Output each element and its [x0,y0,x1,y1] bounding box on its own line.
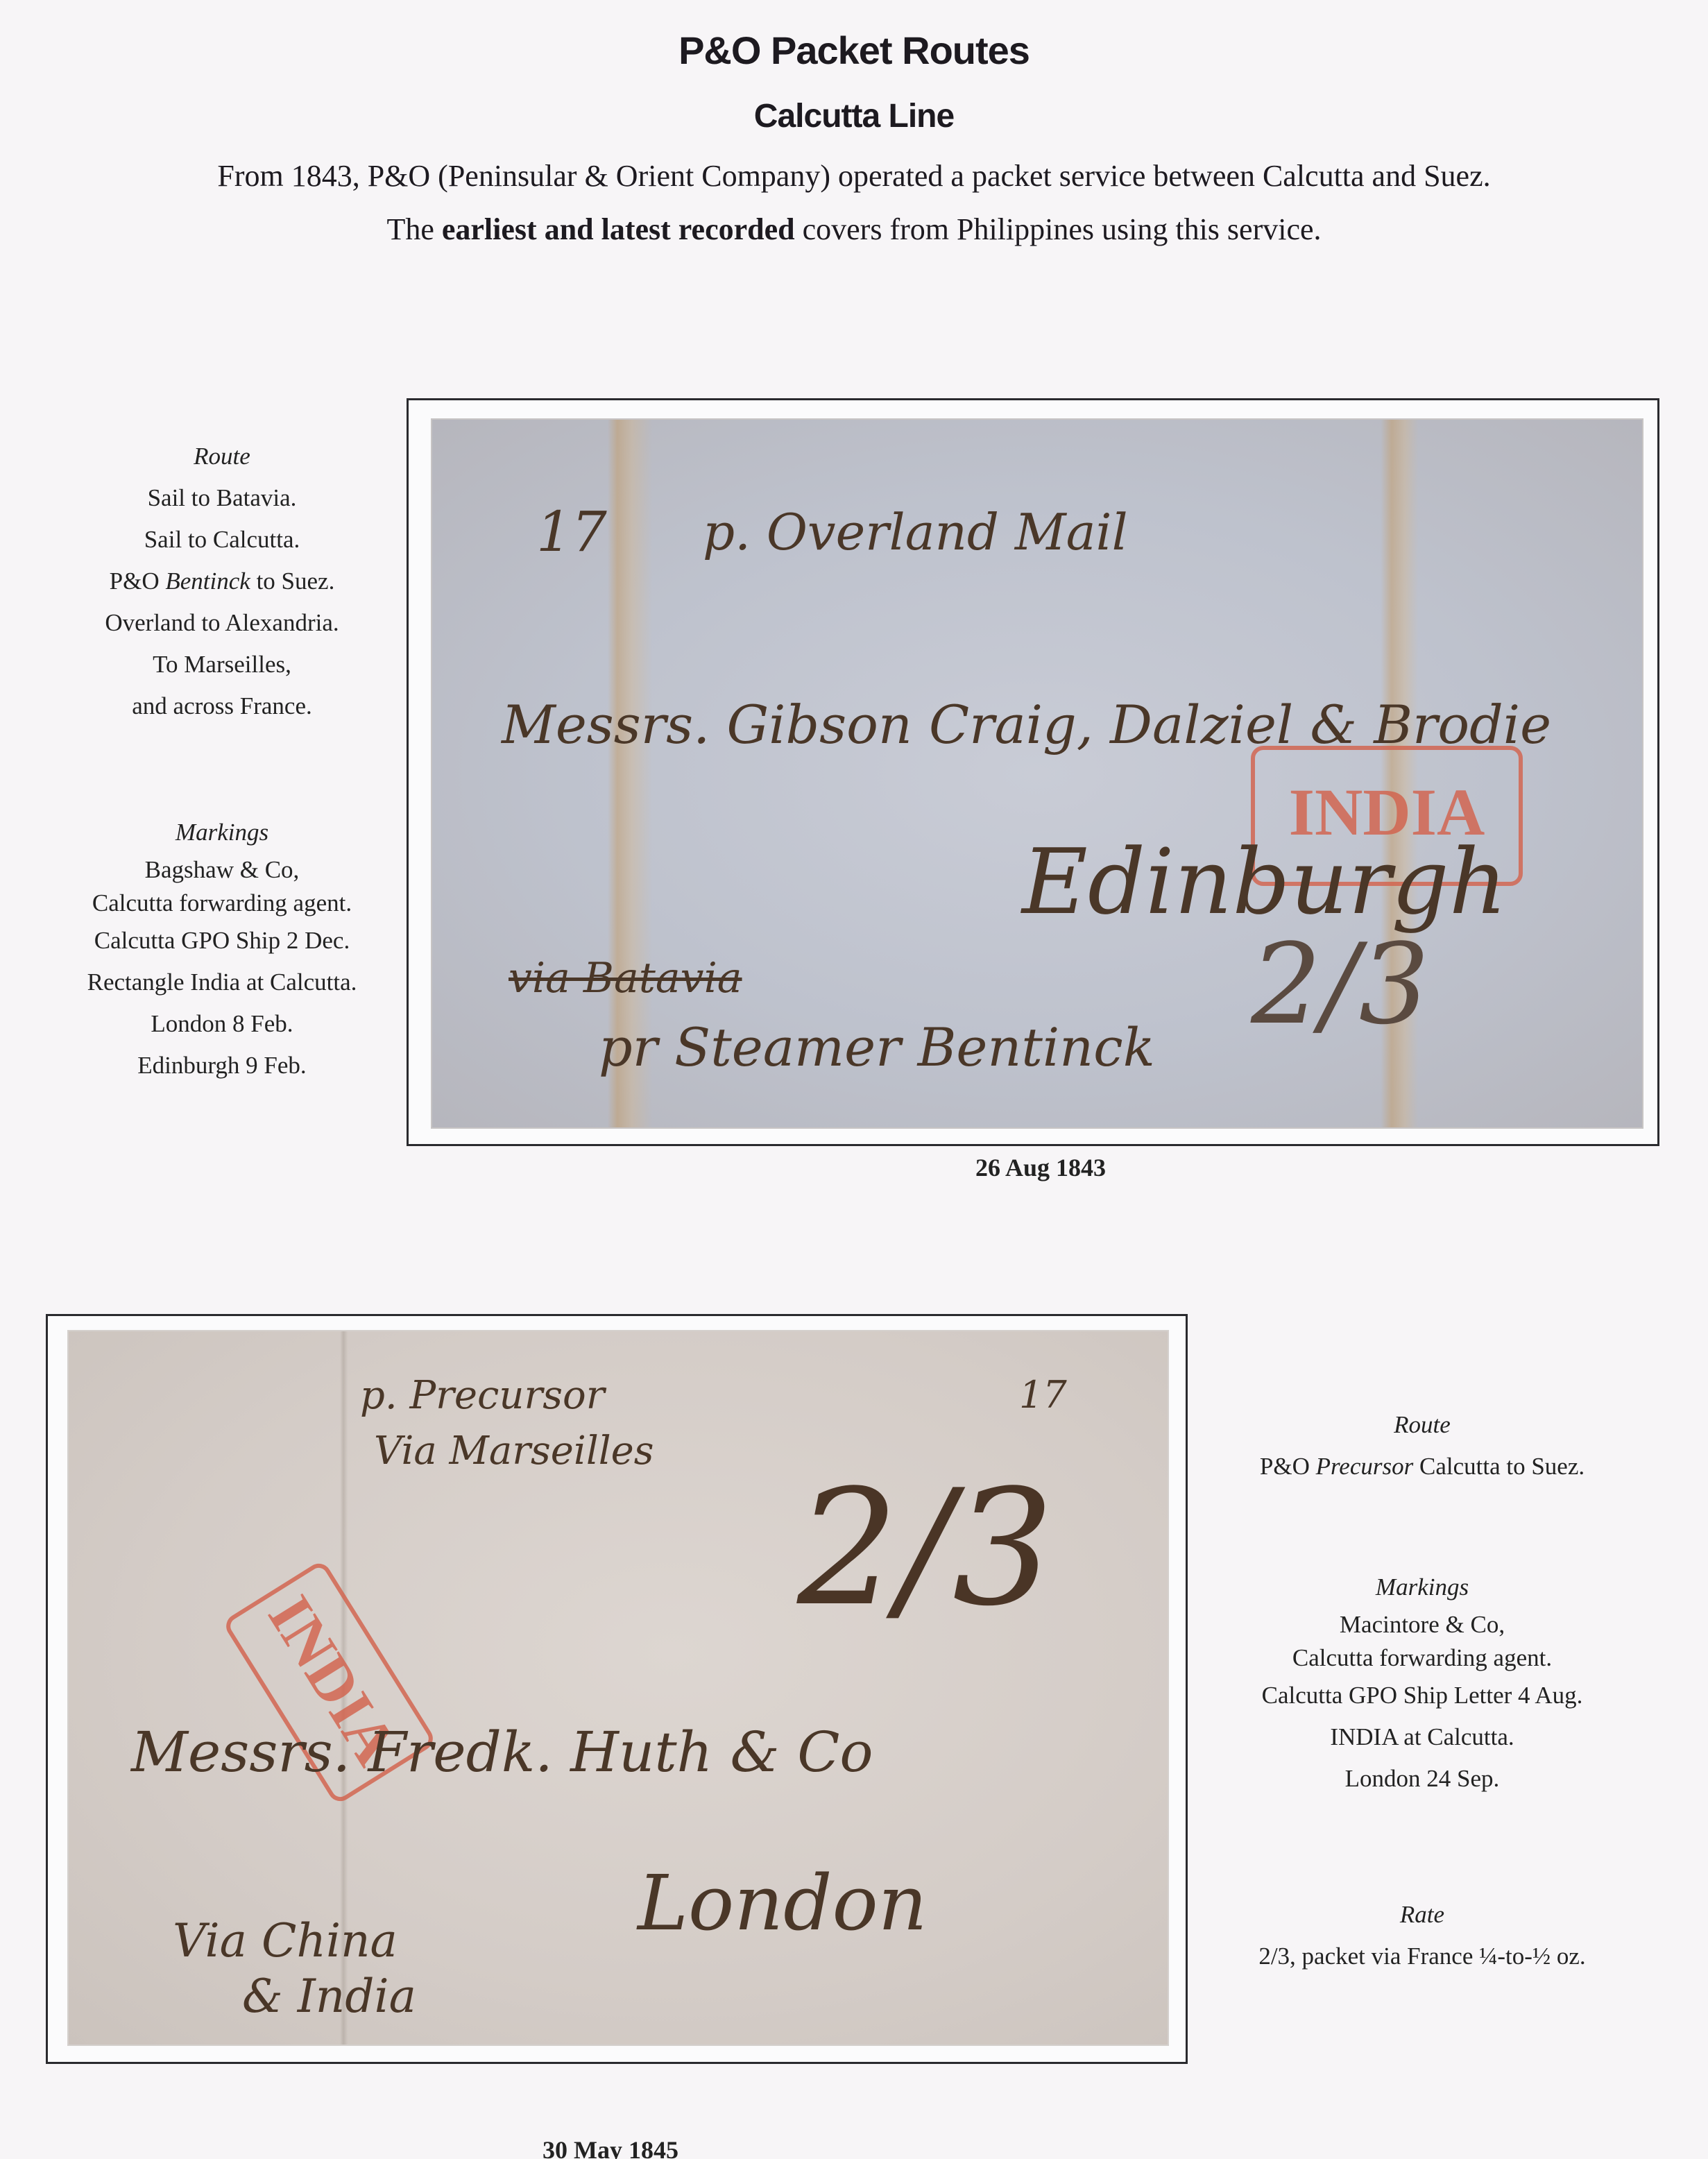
marking-line: Calcutta GPO Ship Letter 4 Aug. [1207,1675,1637,1716]
marking-line: London 24 Sep. [1207,1758,1637,1800]
cover1-date: 26 Aug 1843 [902,1153,1179,1182]
manuscript-struck-route: via Batavia [509,954,742,1002]
cover1-route-notes: Route Sail to Batavia. Sail to Calcutta.… [42,436,402,727]
marking-line: Edinburgh 9 Feb. [42,1045,402,1086]
route-line: Overland to Alexandria. [42,602,402,644]
manuscript-endorsement-1: p. Precursor [360,1373,604,1418]
marking-line: Rectangle India at Calcutta. [42,962,402,1003]
cover1-frame: 17 p. Overland Mail Messrs. Gibson Craig… [407,398,1659,1146]
manuscript-addressee: Messrs. Fredk. Huth & Co [131,1720,873,1784]
cover2-route-notes: Route P&O Precursor Calcutta to Suez. [1207,1404,1637,1487]
markings-heading: Markings [1207,1567,1637,1608]
page-title: P&O Packet Routes [0,28,1708,73]
manuscript-via-line-2: & India [242,1970,416,2023]
cover2-date: 30 May 1845 [472,2135,749,2159]
manuscript-rate: 2/3 [1251,919,1430,1049]
marking-line: Calcutta forwarding agent. [1207,1641,1637,1675]
ship-name: Precursor [1316,1453,1414,1480]
marking-line: INDIA at Calcutta. [1207,1716,1637,1758]
manuscript-endorsement-2: Via Marseilles [374,1428,654,1474]
cover2-rate-notes: Rate 2/3, packet via France ¼-to-½ oz. [1207,1894,1637,1977]
manuscript-endorsement: p. Overland Mail [703,503,1128,561]
route-line: P&O Bentinck to Suez. [42,561,402,602]
cover2-image: p. Precursor Via Marseilles 17 2/3 INDIA… [69,1331,1168,2045]
manuscript-via-line-1: Via China [173,1914,398,1968]
page-subtitle: Calcutta Line [0,97,1708,135]
cover2-markings-notes: Markings Macintore & Co, Calcutta forwar… [1207,1567,1637,1800]
marking-line: Macintore & Co, [1207,1608,1637,1641]
route-heading: Route [42,436,402,477]
route-line: and across France. [42,685,402,727]
route-line: Sail to Calcutta. [42,519,402,561]
intro-emphasis: earliest and latest recorded [442,212,795,246]
cover1-markings-notes: Markings Bagshaw & Co, Calcutta forwardi… [42,812,402,1086]
manuscript-city: London [638,1859,928,1947]
marking-line: London 8 Feb. [42,1003,402,1045]
route-line: Sail to Batavia. [42,477,402,519]
manuscript-ship-endorsement: pr Steamer Bentinck [599,1016,1155,1078]
marking-line: Bagshaw & Co, [42,853,402,887]
route-heading: Route [1207,1404,1637,1446]
markings-heading: Markings [42,812,402,853]
intro-line-2: The earliest and latest recorded covers … [0,212,1708,247]
cover2-frame: p. Precursor Via Marseilles 17 2/3 INDIA… [46,1314,1188,2064]
marking-line: Calcutta forwarding agent. [42,887,402,920]
ship-name: Bentinck [165,568,250,595]
route-line: P&O Precursor Calcutta to Suez. [1207,1446,1637,1487]
cover1-image: 17 p. Overland Mail Messrs. Gibson Craig… [432,420,1642,1127]
rate-line: 2/3, packet via France ¼-to-½ oz. [1207,1936,1637,1977]
rate-heading: Rate [1207,1894,1637,1936]
manuscript-number: 17 [536,500,607,564]
manuscript-rate: 2/3 [797,1456,1054,1641]
intro-line-1: From 1843, P&O (Peninsular & Orient Comp… [0,158,1708,194]
marking-line: Calcutta GPO Ship 2 Dec. [42,920,402,962]
route-line: To Marseilles, [42,644,402,685]
manuscript-number: 17 [1019,1373,1067,1417]
